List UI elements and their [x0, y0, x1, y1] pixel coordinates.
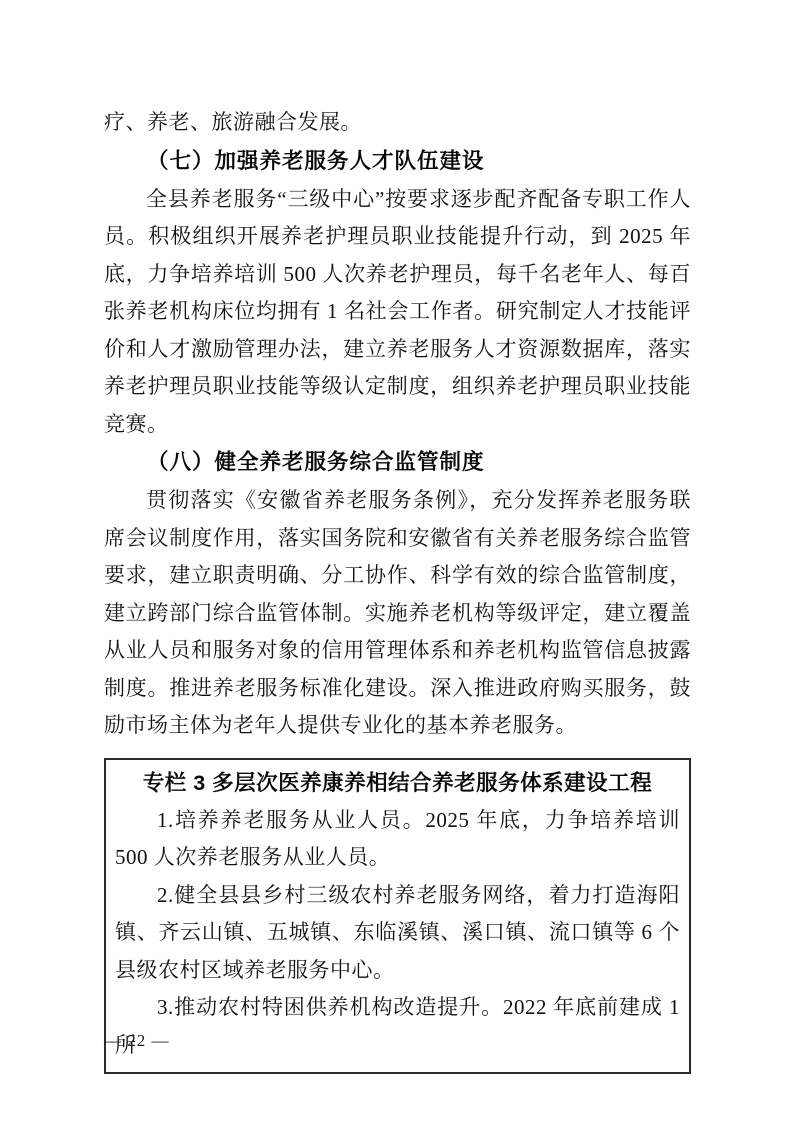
column-3-box-item-1: 1.培养养老服务从业人员。2025 年底，力争培养培训 500 人次养老服务从业… [115, 802, 680, 877]
column-3-box: 专栏 3 多层次医养康养相结合养老服务体系建设工程 1.培养养老服务从业人员。2… [104, 758, 691, 1075]
paragraph-continuation: 疗、养老、旅游融合发展。 [104, 104, 691, 142]
section-heading-8: （八）健全养老服务综合监管制度 [104, 443, 691, 482]
column-3-box-title: 专栏 3 多层次医养康养相结合养老服务体系建设工程 [115, 765, 680, 802]
document-content: 疗、养老、旅游融合发展。 （七）加强养老服务人才队伍建设 全县养老服务“三级中心… [104, 104, 691, 1074]
column-3-box-item-3: 3.推动农村特困供养机构改造提升。2022 年底前建成 1 所 [115, 989, 680, 1064]
section-7-body: 全县养老服务“三级中心”按要求逐步配齐配备专职工作人员。积极组织开展养老护理员职… [104, 181, 691, 444]
document-page: 疗、养老、旅游融合发展。 （七）加强养老服务人才队伍建设 全县养老服务“三级中心… [0, 0, 793, 1122]
section-heading-7: （七）加强养老服务人才队伍建设 [104, 142, 691, 181]
section-8-body: 贯彻落实《安徽省养老服务条例》，充分发挥养老服务联席会议制度作用，落实国务院和安… [104, 482, 691, 745]
column-3-box-item-2: 2.健全县县乡村三级农村养老服务网络，着力打造海阳镇、齐云山镇、五城镇、东临溪镇… [115, 877, 680, 990]
page-number: — 22 — [104, 1029, 170, 1053]
